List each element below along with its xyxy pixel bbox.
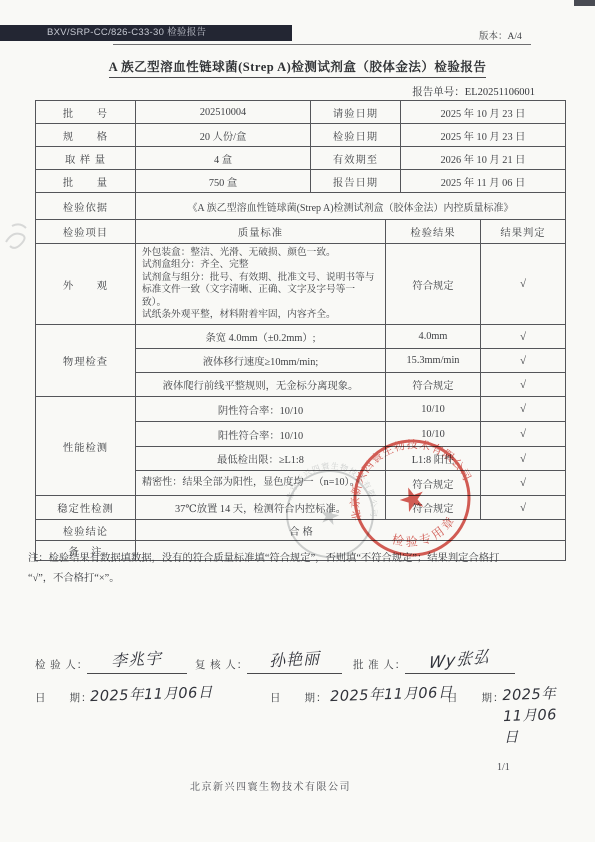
physical-judge-3: √ xyxy=(481,373,566,397)
reviewer-label: 复 核 人： xyxy=(195,657,248,672)
appearance-judge: √ xyxy=(481,244,566,325)
test-date-value: 2025 年 10 月 23 日 xyxy=(401,124,566,147)
seal-star-icon: ★ xyxy=(393,477,432,521)
performance-judge-4: √ xyxy=(481,471,566,496)
appearance-standard: 外包装盒：整洁、光滑、无破损、颜色一致。 试剂盒组分：齐全、完整 试剂盒与组分：… xyxy=(136,244,386,325)
physical-judge-2: √ xyxy=(481,349,566,373)
approver-signature-line: Wy张弘 xyxy=(405,647,515,674)
performance-standard-1: 阴性符合率：10/10 xyxy=(136,397,386,422)
request-date-label: 请验日期 xyxy=(311,101,401,124)
scan-artifact-corner xyxy=(574,0,595,6)
page-number: 1/1 xyxy=(497,762,510,773)
version-label: 版本：A/4 xyxy=(479,28,522,42)
test-date-label: 检验日期 xyxy=(311,124,401,147)
batch-size-value: 750 盒 xyxy=(136,170,311,193)
date-label-1: 日 期： xyxy=(35,690,93,705)
reviewer-signature-line: 孙艳丽 xyxy=(247,647,342,674)
performance-item: 性能检测 xyxy=(36,397,136,496)
batch-no-value: 202510004 xyxy=(136,101,311,124)
physical-standard-2: 液体移行速度≥10mm/min; xyxy=(136,349,386,373)
col-item: 检验项目 xyxy=(36,220,136,244)
expiry-value: 2026 年 10 月 21 日 xyxy=(401,147,566,170)
spec-value: 20 人份/盒 xyxy=(136,124,311,147)
physical-item: 物理检查 xyxy=(36,325,136,397)
expiry-label: 有效期至 xyxy=(311,147,401,170)
physical-standard-3: 液体爬行前线平整规则，无金标分离现象。 xyxy=(136,373,386,397)
physical-result-2: 15.3mm/min xyxy=(386,349,481,373)
col-standard: 质量标准 xyxy=(136,220,386,244)
inspection-report-page: BXV/SRP-CC/826-C33-30 检验报告 版本：A/4 A 族乙型溶… xyxy=(0,0,595,842)
header-divider xyxy=(113,44,531,45)
approver-label: 批 准 人： xyxy=(353,657,406,672)
performance-judge-2: √ xyxy=(481,422,566,447)
spec-label: 规 格 xyxy=(36,124,136,147)
performance-judge-3: √ xyxy=(481,447,566,471)
physical-standard-1: 条宽 4.0mm（±0.2mm）; xyxy=(136,325,386,349)
table-row: 规 格 20 人份/盒 检验日期 2025 年 10 月 23 日 xyxy=(36,124,566,147)
report-number: 报告单号：EL20251106001 xyxy=(330,84,535,99)
margin-scribble xyxy=(2,212,36,256)
conclusion-label: 检验结论 xyxy=(36,520,136,541)
appearance-result: 符合规定 xyxy=(386,244,481,325)
date-label-3: 日 期： xyxy=(447,690,505,705)
date-value-1: 2025年11月06日 xyxy=(90,681,213,706)
footer-company: 北京新兴四寰生物技术有限公司 xyxy=(190,778,351,793)
date-label-2: 日 期： xyxy=(270,690,328,705)
batch-no-label: 批 号 xyxy=(36,101,136,124)
inspection-seal-faint: ★ 北京新兴四寰生物技术有限公司 xyxy=(268,452,391,575)
column-header-row: 检验项目 质量标准 检验结果 结果判定 xyxy=(36,220,566,244)
info-table: 批 号 202510004 请验日期 2025 年 10 月 23 日 规 格 … xyxy=(35,100,566,193)
performance-standard-2: 阳性符合率：10/10 xyxy=(136,422,386,447)
reviewer-signature: 孙艳丽 xyxy=(268,646,320,672)
request-date-value: 2025 年 10 月 23 日 xyxy=(401,101,566,124)
sample-qty-value: 4 盒 xyxy=(136,147,311,170)
table-row: 批 号 202510004 请验日期 2025 年 10 月 23 日 xyxy=(36,101,566,124)
inspector-signature: 李兆宇 xyxy=(111,646,163,672)
approver-signature: Wy张弘 xyxy=(428,644,491,674)
seal-type-text: 检验专用章 xyxy=(386,509,463,558)
table-row: 批 量 750 盒 报告日期 2025 年 11 月 06 日 xyxy=(36,170,566,193)
appearance-item: 外 观 xyxy=(36,244,136,325)
col-judge: 结果判定 xyxy=(481,220,566,244)
faint-seal-star-icon: ★ xyxy=(316,502,342,532)
basis-label: 检验依据 xyxy=(36,193,136,220)
physical-result-3: 符合规定 xyxy=(386,373,481,397)
physical-result-1: 4.0mm xyxy=(386,325,481,349)
physical-judge-1: √ xyxy=(481,325,566,349)
performance-row-1: 性能检测 阴性符合率：10/10 10/10 √ xyxy=(36,397,566,422)
physical-row-1: 物理检查 条宽 4.0mm（±0.2mm）; 4.0mm √ xyxy=(36,325,566,349)
svg-text:检验专用章: 检验专用章 xyxy=(386,509,463,558)
stability-item: 稳定性检测 xyxy=(36,496,136,520)
table-row: 取 样 量 4 盒 有效期至 2026 年 10 月 21 日 xyxy=(36,147,566,170)
date-value-3: 2025年11月06日 xyxy=(502,682,566,747)
date-value-2: 2025年11月06日 xyxy=(330,681,453,706)
inspector-label: 检 验 人： xyxy=(35,657,88,672)
doc-code: BXV/SRP-CC/826-C33-30 检验报告 xyxy=(47,27,206,38)
inspector-signature-line: 李兆宇 xyxy=(87,647,187,674)
basis-value: 《A 族乙型溶血性链球菌(Strep A)检测试剂盒（胶体金法）内控质量标准》 xyxy=(136,193,566,220)
signature-block: 检 验 人： 李兆宇 复 核 人： 孙艳丽 批 准 人： Wy张弘 日 期： 2… xyxy=(35,645,565,725)
col-result: 检验结果 xyxy=(386,220,481,244)
report-title-wrap: A 族乙型溶血性链球菌(Strep A)检测试剂盒（胶体金法）检验报告 xyxy=(0,57,595,78)
performance-judge-1: √ xyxy=(481,397,566,422)
doc-code-bar: BXV/SRP-CC/826-C33-30 检验报告 xyxy=(0,25,292,41)
report-date-label: 报告日期 xyxy=(311,170,401,193)
report-date-value: 2025 年 11 月 06 日 xyxy=(401,170,566,193)
batch-size-label: 批 量 xyxy=(36,170,136,193)
sample-qty-label: 取 样 量 xyxy=(36,147,136,170)
appearance-row: 外 观 外包装盒：整洁、光滑、无破损、颜色一致。 试剂盒组分：齐全、完整 试剂盒… xyxy=(36,244,566,325)
report-title: A 族乙型溶血性链球菌(Strep A)检测试剂盒（胶体金法）检验报告 xyxy=(109,57,487,78)
basis-row: 检验依据 《A 族乙型溶血性链球菌(Strep A)检测试剂盒（胶体金法）内控质… xyxy=(36,193,566,220)
